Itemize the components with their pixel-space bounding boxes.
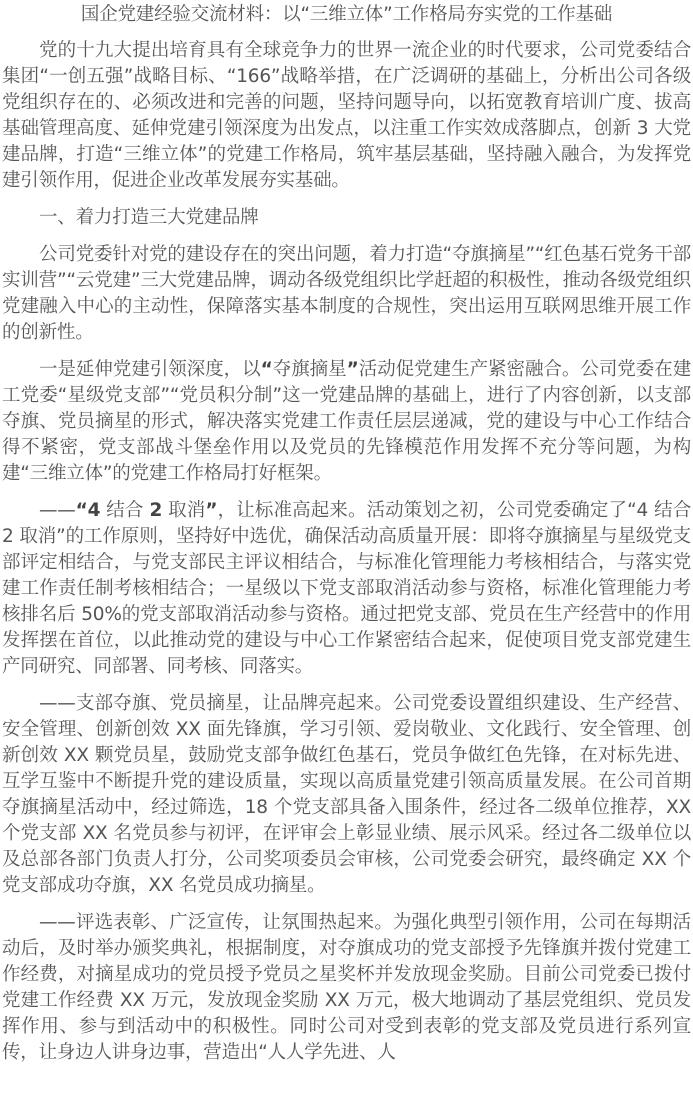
p2-end: 取消	[162, 500, 205, 521]
p1-pre: 一是延伸党建引领深度，以	[39, 359, 261, 380]
section-heading-1: 一、着力打造三大党建品牌	[2, 205, 691, 231]
paragraph-branch-flag: ——支部夺旗、党员摘星，让品牌亮起来。公司党委设置组织建设、生产经营、安全管理、…	[2, 691, 691, 899]
p1-quote-close: ”	[347, 359, 359, 380]
paragraph-selection-publicity: ——评选表彰、广泛宣传，让氛围热起来。为强化典型引领作用，公司在每期活动后，及时…	[2, 910, 691, 1066]
intro-paragraph: 党的十九大提出培育具有全球竞争力的世界一流企业的时代要求，公司党委结合集团“一创…	[2, 38, 691, 194]
p2-num1: 4	[88, 500, 101, 521]
p2-num2: 2	[149, 500, 162, 521]
document-title: 国企党建经验交流材料：以“三维立体”工作格局夯实党的工作基础	[2, 2, 691, 28]
p2-dash: ——	[39, 500, 76, 521]
paragraph-flag-star: 一是延伸党建引领深度，以“夺旗摘星”活动促党建生产紧密融合。公司党委在建工党委“…	[2, 357, 691, 487]
p1-quote-open: “	[261, 359, 273, 380]
p1-bold-text: 夺旗摘星	[273, 359, 347, 380]
section-1-intro-paragraph: 公司党委针对党的建设存在的突出问题，着力打造“夺旗摘星”“红色基石党务干部实训营…	[2, 242, 691, 346]
p2-mid: 结合	[100, 500, 149, 521]
p2-post: ，让标准高起来。活动策划之初，公司党委确定了“4 结合 2 取消”的工作原则，坚…	[2, 500, 691, 677]
document-body: 国企党建经验交流材料：以“三维立体”工作格局夯实党的工作基础 党的十九大提出培育…	[0, 2, 693, 1066]
p2-quote-open: “	[76, 500, 88, 521]
p2-quote-close: ”	[205, 500, 217, 521]
paragraph-4-combine-2-cancel: ——“4 结合 2 取消”，让标准高起来。活动策划之初，公司党委确定了“4 结合…	[2, 498, 691, 680]
